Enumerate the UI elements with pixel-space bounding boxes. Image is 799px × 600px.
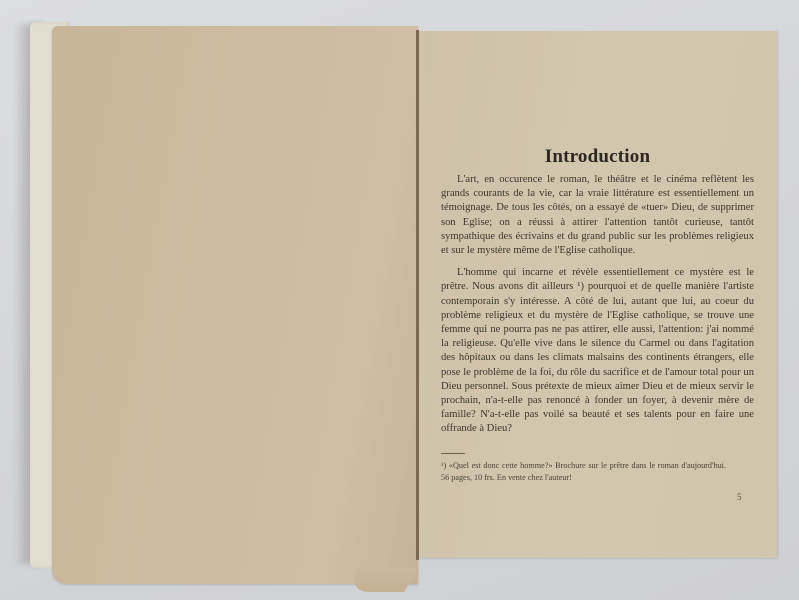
page-content: Introduction L'art, en occurence le roma… bbox=[441, 31, 754, 558]
paragraph: L'homme qui incarne et révèle essentiell… bbox=[441, 266, 754, 436]
chapter-heading: Introduction bbox=[441, 146, 754, 168]
left-page-blank bbox=[52, 26, 418, 584]
footnote: ¹) «Quel est donc cette homme?» Brochure… bbox=[441, 460, 726, 484]
page-corner-curl bbox=[344, 568, 418, 592]
paragraph: L'art, en occurence le roman, le théâtre… bbox=[441, 173, 754, 258]
page-number: 5 bbox=[737, 492, 742, 502]
body-text: L'art, en occurence le roman, le théâtre… bbox=[441, 173, 754, 445]
footnote-divider bbox=[441, 453, 465, 454]
right-page: Introduction L'art, en occurence le roma… bbox=[419, 31, 777, 558]
